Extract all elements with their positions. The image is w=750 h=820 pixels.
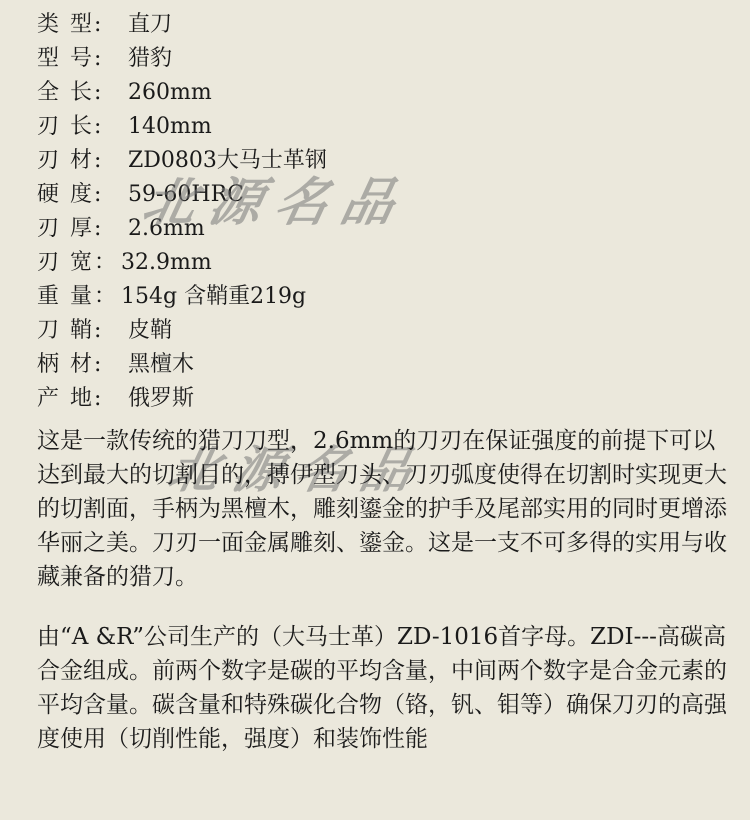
spec-value: 2.6mm bbox=[128, 212, 205, 246]
spec-label: 全 长: bbox=[37, 76, 128, 110]
spec-origin: 产 地:俄罗斯 bbox=[37, 382, 327, 416]
spec-model: 型 号:猎豹 bbox=[37, 42, 327, 76]
spec-label: 刃 材: bbox=[37, 144, 128, 178]
spec-blade-material: 刃 材:ZD0803大马士革钢 bbox=[37, 144, 327, 178]
spec-list: 类 型:直刀 型 号:猎豹 全 长:260mm 刃 长:140mm 刃 材:ZD… bbox=[37, 8, 327, 416]
steel-info: 由“A &R”公司生产的（大马士革）ZD-1016首字母。ZDI---高碳高合金… bbox=[37, 620, 727, 756]
spec-type: 类 型:直刀 bbox=[37, 8, 327, 42]
spec-value: 黑檀木 bbox=[128, 348, 194, 382]
spec-label: 刀 鞘: bbox=[37, 314, 128, 348]
spec-value: 154g 含鞘重219g bbox=[121, 280, 306, 314]
spec-value: 俄罗斯 bbox=[128, 382, 194, 416]
spec-label: 柄 材: bbox=[37, 348, 128, 382]
spec-blade-thickness: 刃 厚:2.6mm bbox=[37, 212, 327, 246]
spec-value: 59-60HRC bbox=[128, 178, 244, 212]
spec-label: 刃 长: bbox=[37, 110, 128, 144]
spec-weight: 重 量：154g 含鞘重219g bbox=[37, 280, 327, 314]
spec-value: 260mm bbox=[128, 76, 212, 110]
spec-label: 硬 度: bbox=[37, 178, 128, 212]
spec-blade-length: 刃 长:140mm bbox=[37, 110, 327, 144]
spec-value: ZD0803大马士革钢 bbox=[128, 144, 327, 178]
spec-label: 型 号: bbox=[37, 42, 128, 76]
spec-sheath: 刀 鞘:皮鞘 bbox=[37, 314, 327, 348]
spec-label: 类 型: bbox=[37, 8, 128, 42]
spec-label: 产 地: bbox=[37, 382, 128, 416]
spec-value: 140mm bbox=[128, 110, 212, 144]
spec-blade-width: 刃 宽：32.9mm bbox=[37, 246, 327, 280]
spec-handle-material: 柄 材:黑檀木 bbox=[37, 348, 327, 382]
spec-label: 重 量： bbox=[37, 280, 121, 314]
spec-hardness: 硬 度:59-60HRC bbox=[37, 178, 327, 212]
spec-value: 直刀 bbox=[128, 8, 172, 42]
spec-value: 皮鞘 bbox=[128, 314, 172, 348]
spec-label: 刃 厚: bbox=[37, 212, 128, 246]
product-description: 这是一款传统的猎刀刀型，2.6mm的刀刃在保证强度的前提下可以达到最大的切割目的… bbox=[37, 424, 727, 594]
spec-value: 32.9mm bbox=[121, 246, 212, 280]
spec-label: 刃 宽： bbox=[37, 246, 121, 280]
spec-value: 猎豹 bbox=[128, 42, 172, 76]
spec-overall-length: 全 长:260mm bbox=[37, 76, 327, 110]
